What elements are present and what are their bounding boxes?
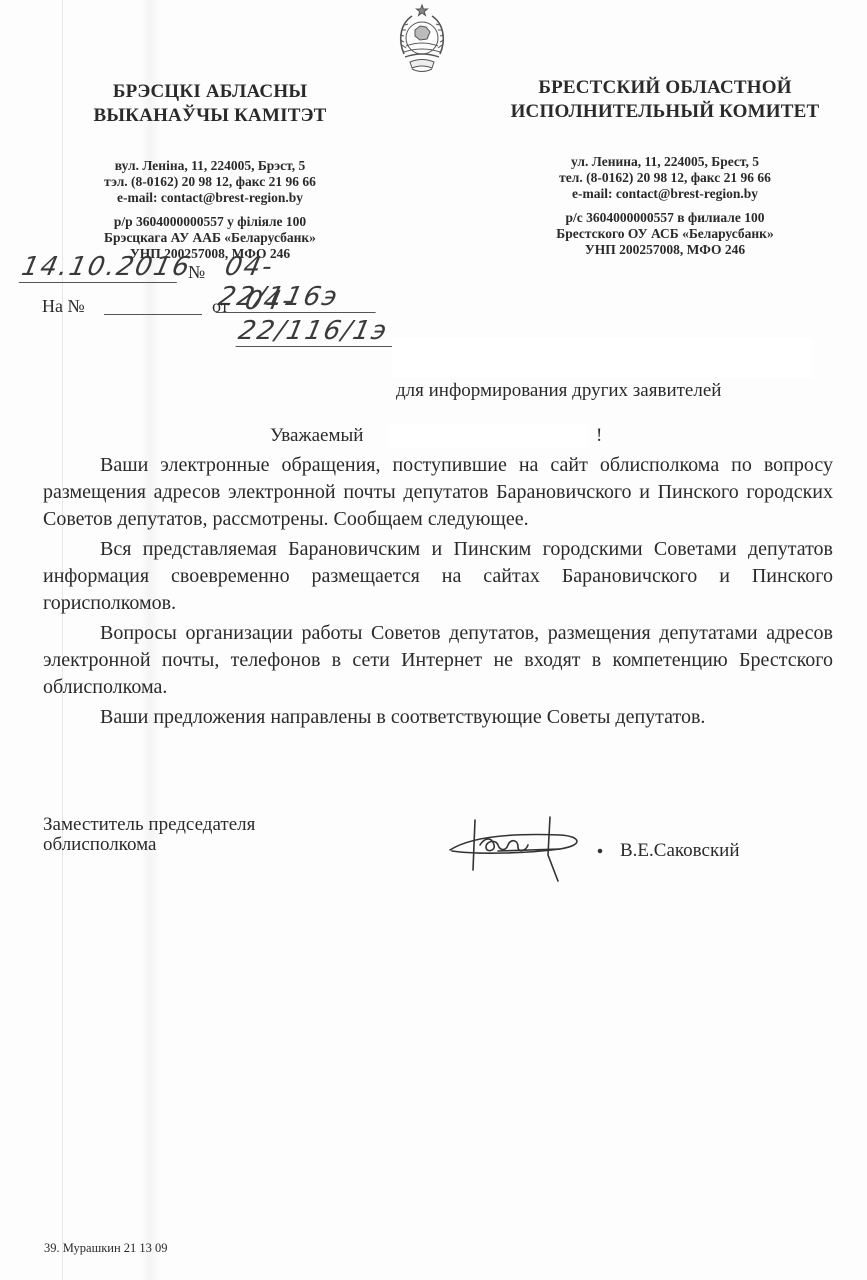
bank-account: р/с 3604000000557 в филиале 100 [490, 210, 840, 226]
number-label: № [188, 262, 205, 283]
signer-name: В.Е.Саковский [620, 840, 740, 862]
phone: тел. (8-0162) 20 98 12, факс 21 96 66 [490, 170, 840, 186]
paragraph: Вся представляемая Барановичским и Пинск… [43, 536, 833, 617]
paragraph: Вопросы организации работы Советов депут… [43, 620, 833, 701]
letter-body: Ваши электронные обращения, поступившие … [43, 452, 833, 734]
redacted-recipient [392, 338, 812, 378]
reply-to-number-blank [104, 314, 202, 315]
signer-title-line1: Заместитель председателя [43, 815, 255, 835]
state-emblem-icon [396, 2, 448, 82]
address: вул. Леніна, 11, 224005, Брэст, 5 [70, 158, 350, 174]
tax-id: УНП 200257008, МФО 246 [490, 242, 840, 258]
bank-account: р/р 3604000000557 у філіяле 100 [70, 214, 350, 230]
paragraph: Ваши электронные обращения, поступившие … [43, 452, 833, 533]
email: e-mail: contact@brest-region.by [70, 190, 350, 206]
header-belarusian: БРЭСЦКІ АБЛАСНЫ ВЫКАНАЎЧЫ КАМІТЭТ вул. Л… [70, 80, 350, 262]
signer-title: Заместитель председателя облисполкома [43, 815, 255, 855]
registration-date: 14.10.2016 [19, 252, 184, 283]
email: e-mail: contact@brest-region.by [490, 186, 840, 202]
org-name-line1: БРЕСТСКИЙ ОБЛАСТНОЙ [490, 76, 840, 100]
paragraph: Ваши предложения направлены в соответств… [43, 704, 833, 731]
org-name-line1: БРЭСЦКІ АБЛАСНЫ [70, 80, 350, 104]
bank-branch: Брестского ОУ АСБ «Беларусбанк» [490, 226, 840, 242]
signer-title-line2: облисполкома [43, 835, 255, 855]
registration-block: 14.10.2016 № 04-22/116э На № от 04-22/11… [22, 252, 442, 312]
org-name-line2: ВЫКАНАЎЧЫ КАМІТЭТ [70, 104, 350, 128]
header-russian: БРЕСТСКИЙ ОБЛАСТНОЙ ИСПОЛНИТЕЛЬНЫЙ КОМИТ… [490, 76, 840, 258]
handwritten-signature-icon [440, 815, 620, 885]
salutation-suffix: ! [596, 425, 602, 447]
salutation-prefix: Уважаемый [270, 425, 363, 447]
address: ул. Ленина, 11, 224005, Брест, 5 [490, 154, 840, 170]
from-label: от [212, 296, 229, 317]
executor-note: 39. Мурашкин 21 13 09 [44, 1241, 168, 1256]
bank-branch: Брэсцкага АУ ААБ «Беларусбанк» [70, 230, 350, 246]
recipient-note: для информирования других заявителей [396, 380, 721, 402]
phone: тэл. (8-0162) 20 98 12, факс 21 96 66 [70, 174, 350, 190]
redacted-name [388, 424, 588, 448]
org-name-line2: ИСПОЛНИТЕЛЬНЫЙ КОМИТЕТ [490, 100, 840, 124]
reply-to-label: На № [42, 296, 85, 317]
